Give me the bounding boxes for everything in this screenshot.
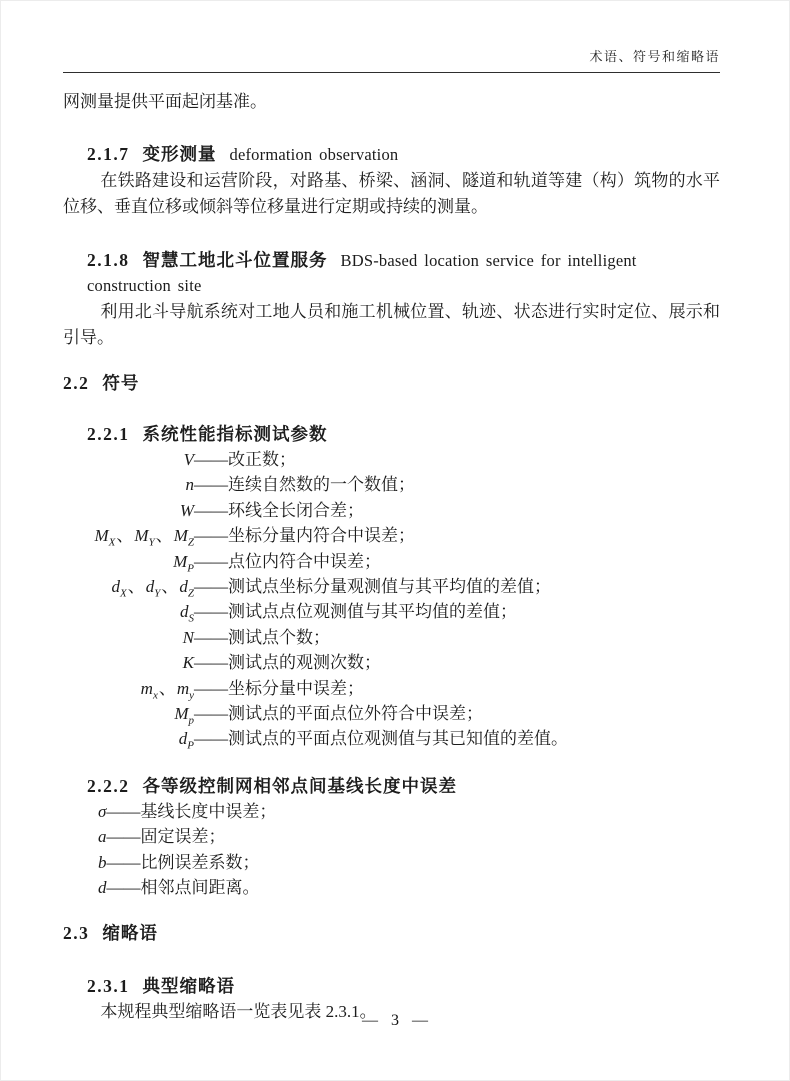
symbol-term: W (63, 498, 194, 523)
section-title-zh: 缩略语 (102, 923, 158, 943)
symbol-term: a (98, 824, 107, 849)
document-page: 术语、符号和缩略语 网测量提供平面起闭基准。 2.1.7变形测量deformat… (0, 0, 790, 1081)
section-title-zh: 变形测量 (143, 144, 217, 164)
math-symbol: dZ (179, 577, 194, 596)
symbol-definition: 点位内符合中误差； (228, 549, 381, 574)
symbol-row: b——比例误差系数； (63, 850, 720, 875)
symbol-row: V——改正数； (63, 447, 720, 472)
math-symbol: W (180, 501, 194, 520)
math-symbol: K (183, 653, 194, 672)
math-symbol: MY (134, 526, 154, 545)
section-title-zh: 符号 (102, 373, 139, 393)
section-number: 2.3 (63, 923, 89, 943)
math-symbol: d (98, 878, 107, 897)
symbol-term: MX、MY、MZ (63, 523, 194, 548)
math-symbol: a (98, 827, 107, 846)
math-symbol: dX (112, 577, 127, 596)
em-dash: —— (194, 498, 228, 523)
paragraph-2-1-7: 在铁路建设和运营阶段，对路基、桥梁、涵洞、隧道和轨道等建（构）筑物的水平位移、垂… (63, 168, 720, 220)
symbol-list-2-2-1: V——改正数；n——连续自然数的一个数值；W——环线全长闭合差；MX、MY、MZ… (63, 447, 720, 752)
section-number: 2.1.8 (87, 250, 130, 270)
section-number: 2.2.2 (87, 776, 130, 796)
em-dash: —— (194, 676, 228, 701)
symbol-list-2-2-2: σ——基线长度中误差；a——固定误差；b——比例误差系数；d——相邻点间距离。 (63, 799, 720, 901)
symbol-definition: 连续自然数的一个数值； (228, 472, 415, 497)
em-dash: —— (194, 650, 228, 675)
section-title-zh: 系统性能指标测试参数 (143, 424, 328, 444)
math-symbol: mx (141, 679, 158, 698)
symbol-term: dS (63, 599, 194, 624)
em-dash: —— (194, 574, 228, 599)
symbol-row: W——环线全长闭合差； (63, 498, 720, 523)
symbol-definition: 比例误差系数； (141, 850, 260, 875)
symbol-term: b (98, 850, 107, 875)
math-subscript: Y (149, 537, 155, 549)
symbol-definition: 测试点的平面点位外符合中误差； (228, 701, 483, 726)
math-symbol: dY (146, 577, 161, 596)
symbol-row: a——固定误差； (63, 824, 720, 849)
symbol-row: K——测试点的观测次数； (63, 650, 720, 675)
symbol-row: d——相邻点间距离。 (63, 875, 720, 900)
page-number: — 3 — (0, 1012, 790, 1030)
separator: 、 (159, 679, 176, 698)
symbol-row: dS——测试点点位观测值与其平均值的差值； (63, 599, 720, 624)
symbol-definition: 改正数； (228, 447, 296, 472)
symbol-definition: 测试点的平面点位观测值与其已知值的差值。 (228, 726, 568, 751)
symbol-row: dP——测试点的平面点位观测值与其已知值的差值。 (63, 726, 720, 751)
separator: 、 (161, 577, 178, 596)
math-subscript: Y (154, 587, 160, 599)
math-symbol: Mp (174, 704, 194, 723)
heading-2-2-2: 2.2.2各等级控制网相邻点间基线长度中误差 (87, 774, 720, 799)
symbol-term: K (63, 650, 194, 675)
math-symbol: V (184, 450, 194, 469)
math-symbol: b (98, 853, 107, 872)
section-title-zh: 智慧工地北斗位置服务 (143, 250, 328, 270)
em-dash: —— (107, 850, 141, 875)
header-rule (63, 72, 720, 73)
symbol-definition: 基线长度中误差； (140, 799, 276, 824)
math-symbol: MX (95, 526, 116, 545)
symbol-definition: 坐标分量中误差； (228, 676, 364, 701)
symbol-term: Mp (63, 701, 194, 726)
symbol-term: dP (63, 726, 194, 751)
em-dash: —— (194, 447, 228, 472)
math-subscript: P (187, 740, 194, 752)
symbol-term: MP (63, 549, 194, 574)
symbol-definition: 测试点个数； (228, 625, 330, 650)
math-subscript: X (120, 587, 127, 599)
heading-2-2-1: 2.2.1系统性能指标测试参数 (87, 422, 720, 447)
math-subscript: X (109, 537, 116, 549)
symbol-row: MX、MY、MZ——坐标分量内符合中误差； (63, 523, 720, 548)
symbol-row: dX、dY、dZ——测试点坐标分量观测值与其平均值的差值； (63, 574, 720, 599)
symbol-row: mx、my——坐标分量中误差； (63, 676, 720, 701)
paragraph-2-1-8: 利用北斗导航系统对工地人员和施工机械位置、轨迹、状态进行实时定位、展示和引导。 (63, 299, 720, 351)
symbol-row: n——连续自然数的一个数值； (63, 472, 720, 497)
symbol-row: σ——基线长度中误差； (63, 799, 720, 824)
em-dash: —— (194, 726, 228, 751)
symbol-row: MP——点位内符合中误差； (63, 549, 720, 574)
math-symbol: n (186, 475, 195, 494)
symbol-definition: 测试点点位观测值与其平均值的差值； (228, 599, 517, 624)
section-title-en: deformation observation (230, 145, 399, 164)
section-title-zh: 典型缩略语 (143, 976, 236, 996)
continued-paragraph: 网测量提供平面起闭基准。 (63, 89, 720, 114)
symbol-term: mx、my (63, 676, 194, 701)
em-dash: —— (107, 824, 141, 849)
heading-2-2: 2.2符号 (63, 371, 720, 396)
symbol-term: d (98, 875, 107, 900)
section-number: 2.1.7 (87, 144, 130, 164)
symbol-definition: 坐标分量内符合中误差； (228, 523, 415, 548)
symbol-term: dX、dY、dZ (63, 574, 194, 599)
symbol-term: N (63, 625, 194, 650)
math-subscript: x (153, 689, 158, 701)
em-dash: —— (194, 625, 228, 650)
symbol-definition: 相邻点间距离。 (141, 875, 260, 900)
em-dash: —— (194, 549, 228, 574)
math-subscript: P (187, 562, 194, 574)
math-symbol: MP (173, 552, 194, 571)
math-symbol: MZ (174, 526, 194, 545)
separator: 、 (116, 526, 133, 545)
em-dash: —— (194, 701, 228, 726)
separator: 、 (156, 526, 173, 545)
heading-2-3-1: 2.3.1典型缩略语 (87, 974, 720, 999)
em-dash: —— (107, 875, 141, 900)
running-header: 术语、符号和缩略语 (63, 46, 720, 72)
separator: 、 (128, 577, 145, 596)
symbol-row: N——测试点个数； (63, 625, 720, 650)
em-dash: —— (194, 523, 228, 548)
symbol-row: Mp——测试点的平面点位外符合中误差； (63, 701, 720, 726)
symbol-term: n (63, 472, 194, 497)
em-dash: —— (194, 599, 228, 624)
heading-2-1-8: 2.1.8智慧工地北斗位置服务BDS-based location servic… (87, 248, 720, 298)
math-symbol: N (183, 628, 194, 647)
symbol-definition: 测试点的观测次数； (228, 650, 381, 675)
symbol-definition: 环线全长闭合差； (228, 498, 364, 523)
math-symbol: my (177, 679, 194, 698)
section-number: 2.2.1 (87, 424, 130, 444)
section-number: 2.3.1 (87, 976, 130, 996)
math-symbol: dP (179, 729, 194, 748)
heading-2-3: 2.3缩略语 (63, 921, 720, 946)
heading-2-1-7: 2.1.7变形测量deformation observation (87, 142, 720, 167)
symbol-term: V (63, 447, 194, 472)
em-dash: —— (106, 799, 140, 824)
section-number: 2.2 (63, 373, 89, 393)
symbol-definition: 测试点坐标分量观测值与其平均值的差值； (228, 574, 551, 599)
math-symbol: dS (180, 602, 194, 621)
symbol-definition: 固定误差； (141, 824, 226, 849)
section-title-zh: 各等级控制网相邻点间基线长度中误差 (143, 776, 458, 796)
em-dash: —— (194, 472, 228, 497)
